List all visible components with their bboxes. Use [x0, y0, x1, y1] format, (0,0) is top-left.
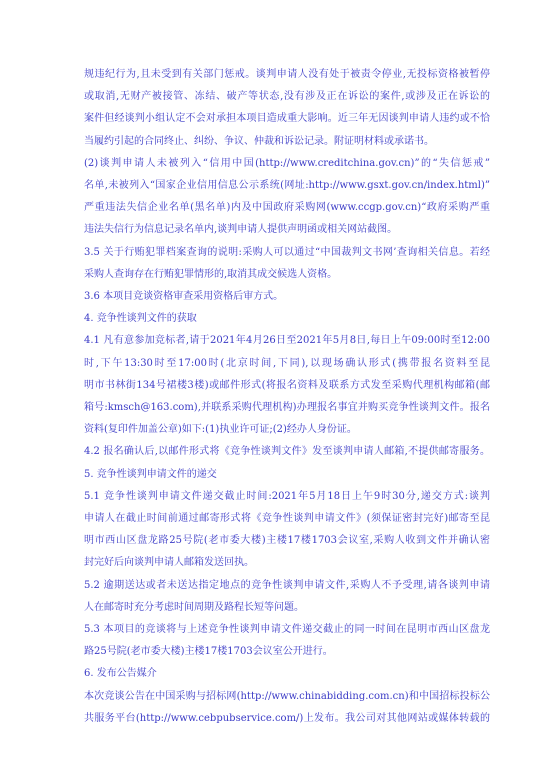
text-line: 申请人在截止时间前通过邮寄形式将《竞争性谈判申请文件》(须保证密封完好)邮寄至昆	[84, 508, 490, 530]
text-line: 明市西山区盘龙路25号院(老市委大楼)主楼17楼1703会议室,采购人收到文件并…	[84, 530, 490, 552]
document-text-block: 规违纪行为,且未受到有关部门惩戒。谈判申请人没有处于被责令停业,无投标资格被暂停…	[84, 64, 490, 730]
text-line: 路25号院(老市委大楼)主楼17楼1703会议室公开进行。	[84, 641, 490, 663]
text-line: 案件但经谈判小组认定不会对承担本项目造成重大影响。近三年无因谈判申请人违约或不恰	[84, 108, 490, 130]
text-line: 5.3 本项目的竞谈将与上述竞争性谈判申请文件递交截止的同一时间在昆明市西山区盘…	[84, 619, 490, 641]
text-line: 明市书林街134号裙楼3楼)或邮件形式(将报名资料及联系方式发至采购代理机构邮箱…	[84, 375, 490, 397]
text-line: 采购人查询存在行贿犯罪情形的,取消其成交候选人资格。	[84, 264, 490, 286]
text-line: 违法失信行为信息记录名单内,谈判申请人提供声明函或相关网站截图。	[84, 219, 490, 241]
text-line: 4. 竞争性谈判文件的获取	[84, 308, 490, 330]
text-line: 本次竞谈公告在中国采购与招标网(http://www.chinabidding.…	[84, 686, 490, 708]
text-line: 3.6 本项目竞谈资格审查采用资格后审方式。	[84, 286, 490, 308]
text-line: (2)谈判申请人未被列入“信用中国(http://www.creditchina…	[84, 153, 490, 175]
text-line: 箱号:kmsch@163.com),并联系采购代理机构)办理报名事宜并购买竞争性…	[84, 397, 490, 419]
text-line: 人在邮寄时充分考虑时间周期及路程长短等问题。	[84, 597, 490, 619]
text-line: 资料(复印件加盖公章)如下:(1)执业许可证;(2)经办人身份证。	[84, 419, 490, 441]
text-line: 6. 发布公告媒介	[84, 663, 490, 685]
text-line: 4.1 凡有意参加竞标者,请于2021年4月26日至2021年5月8日,每日上午…	[84, 330, 490, 352]
document-page: 规违纪行为,且未受到有关部门惩戒。谈判申请人没有处于被责令停业,无投标资格被暂停…	[0, 0, 554, 783]
text-line: 严重违法失信企业名单(黑名单)内及中国政府采购网(www.ccgp.gov.cn…	[84, 197, 490, 219]
text-line: 5. 竞争性谈判申请文件的递交	[84, 464, 490, 486]
text-line: 3.5 关于行贿犯罪档案查询的说明:采购人可以通过“中国裁判文书网’查询相关信息…	[84, 242, 490, 264]
text-line: 名单,未被列入“国家企业信用信息公示系统(网址:http://www.gsxt.…	[84, 175, 490, 197]
text-line: 5.1 竞争性谈判申请文件递交截止时间:2021年5月18日上午9时30分,递交…	[84, 486, 490, 508]
text-line: 4.2 报名确认后,以邮件形式将《竞争性谈判文件》发至谈判申请人邮箱,不提供邮寄…	[84, 441, 490, 463]
text-line: 5.2 逾期送达或者未送达指定地点的竞争性谈判申请文件,采购人不予受理,请各谈判…	[84, 575, 490, 597]
text-line: 共服务平台(http://www.cebpubservice.com/)上发布。…	[84, 708, 490, 730]
text-line: 封完好后向谈判申请人邮箱发送回执。	[84, 552, 490, 574]
text-line: 规违纪行为,且未受到有关部门惩戒。谈判申请人没有处于被责令停业,无投标资格被暂停	[84, 64, 490, 86]
text-line: 当履约引起的合同终止、纠纷、争议、仲裁和诉讼记录。附证明材料或承诺书。	[84, 131, 490, 153]
text-line: 时,下午13:30时至17:00时(北京时间,下同),以现场确认形式(携带报名资…	[84, 353, 490, 375]
text-line: 或取消,无财产被接管、冻结、破产等状态,没有涉及正在诉讼的案件,或涉及正在诉讼的	[84, 86, 490, 108]
